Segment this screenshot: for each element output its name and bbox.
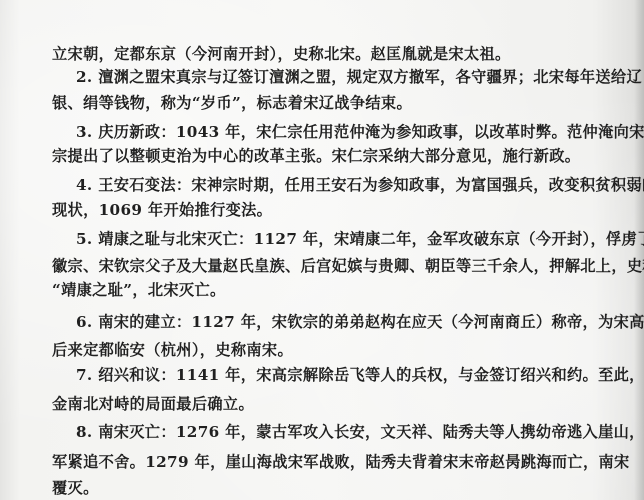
paragraph-4-wang-anshi-reform: 4. 王安石变法：宋神宗时期，任用王安石为参知政事，为富国强兵，改变积贫积弱的 — [76, 175, 644, 195]
paragraph-5-jingkang-incident: 5. 靖康之耻与北宋灭亡：1127 年，宋靖康二年，金军攻破东京（今开封），俘虏… — [76, 229, 644, 249]
paragraph-8-continuation-b: 覆灭。 — [52, 478, 99, 498]
paragraph-2-chanyuan-treaty: 2. 澶渊之盟宋真宗与辽签订澶渊之盟，规定双方撤军，各守疆界；北宋每年送给辽 — [76, 67, 642, 87]
paragraph-4-continuation: 现状，1069 年开始推行变法。 — [52, 200, 272, 220]
paragraph-5-continuation-a: 徽宗、宋钦宗父子及大量赵氏皇族、后宫妃嫔与贵卿、朝臣等三千余人，押解北上，史称 — [52, 256, 644, 276]
paragraph-3-continuation: 宗提出了以整顿吏治为中心的改革主张。宋仁宗采纳大部分意见，施行新政。 — [52, 146, 580, 166]
paragraph-7-shaoxing-treaty: 7. 绍兴和议：1141 年，宋高宗解除岳飞等人的兵权，与金签订绍兴和约。至此，… — [76, 365, 644, 385]
paragraph-6-southern-song-founding: 6. 南宋的建立：1127 年，宋钦宗的弟弟赵构在应天（今河南商丘）称帝，为宋高… — [76, 312, 644, 332]
paragraph-1-continuation: 立宋朝，定都东京（今河南开封），史称北宋。赵匡胤就是宋太祖。 — [52, 44, 511, 64]
paragraph-7-continuation: 金南北对峙的局面最后确立。 — [52, 394, 254, 414]
paragraph-8-southern-song-fall: 8. 南宋灭亡：1276 年，蒙古军攻入长安，文天祥、陆秀夫等人携幼帝逃入崖山，… — [76, 422, 644, 442]
scanned-page: 立宋朝，定都东京（今河南开封），史称北宋。赵匡胤就是宋太祖。 2. 澶渊之盟宋真… — [0, 0, 644, 500]
paragraph-8-continuation-a: 军紧追不舍。1279 年，崖山海战宋军战败，陆秀夫背着宋末帝赵昺跳海而亡，南宋 — [52, 452, 630, 472]
paragraph-5-continuation-b: “靖康之耻”，北宋灭亡。 — [52, 280, 226, 300]
paragraph-6-continuation: 后来定都临安（杭州），史称南宋。 — [52, 340, 293, 360]
paragraph-2-continuation: 银、绢等钱物，称为“岁币”，标志着宋辽战争结束。 — [52, 93, 412, 113]
paragraph-3-qingli-reform: 3. 庆历新政：1043 年，宋仁宗任用范仲淹为参知政事，以改革时弊。范仲淹向宋… — [76, 122, 644, 142]
